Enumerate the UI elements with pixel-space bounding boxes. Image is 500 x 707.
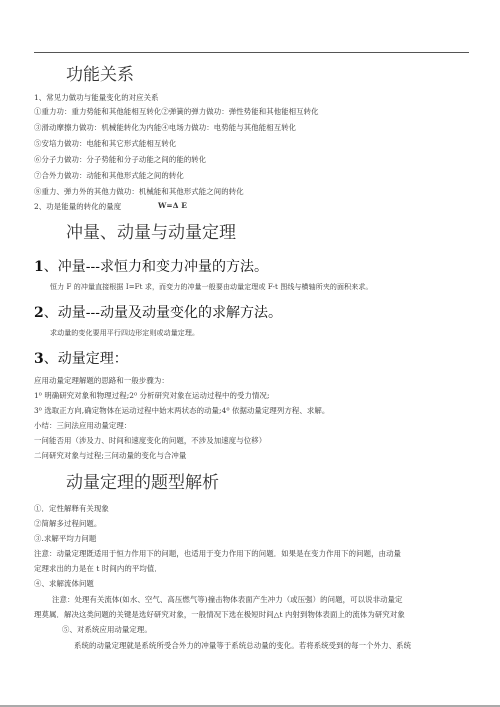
subheading-number: 3 (34, 351, 44, 367)
text-line: 应用动量定理解题的思路和一般步骤为： (34, 375, 169, 386)
text-line: 理莫属．解决这类问题的关键是选好研究对象，一般情况下选在极短时间△t 内射到物体… (34, 609, 405, 620)
subheading-number: 1 (34, 259, 44, 275)
subheading-text: 、动量---动量及动量变化的求解方法。 (44, 305, 282, 321)
item-heading: 1、常见力做功与能量变化的对应关系 (34, 92, 159, 103)
text-line: ⑧重力、弹力外的其他力做功：机械能和其他形式能之间的转化 (34, 186, 244, 197)
section-title-theorem-problems: 动量定理的题型解析 (66, 468, 219, 493)
text-line: 二问研究对象与过程;三问动量的变化与合冲量 (34, 450, 186, 461)
text-line: ③.求解平均力问题 (34, 533, 96, 544)
text-line: 定理求出的力是在 t 时间内的平均值． (34, 563, 162, 574)
text-line: ②简解多过程问题。 (34, 518, 101, 529)
text-line: 小结：三问法应用动量定理： (34, 420, 131, 431)
subheading-momentum: 2、动量---动量及动量变化的求解方法。 (34, 302, 282, 322)
subheading-number: 2 (34, 305, 44, 321)
text-line: 系统的动量定理就是系统所受合外力的冲量等于系统总动量的变化。若将系统受到的每一个… (74, 640, 411, 651)
subheading-text: 、动量定理： (44, 351, 128, 367)
body-text: 求动量的变化要用平行四边形定则或动量定理。 (50, 328, 199, 338)
text-line: ①．定性解释有关现象 (34, 503, 109, 514)
text-line: 1⁰ 明确研究对象和物理过程;2⁰ 分析研究对象在运动过程中的受力情况; (34, 390, 270, 401)
formula: W=Δ E (158, 201, 187, 210)
text-line: ④、求解流体问题 (34, 578, 94, 589)
body-text: 恒力 F 的冲量直接根据 I=Ft 求，而变力的冲量一般要由动量定理或 F-t … (50, 282, 373, 292)
header-rule (34, 52, 469, 53)
subheading-momentum-theorem: 3、动量定理： (34, 348, 128, 368)
text-line: ⑤、对系统应用动量定理。 (62, 624, 152, 635)
text-line: 一问能否用（涉及力、时间和速度变化的问题，不涉及加速度与位移） (34, 435, 266, 446)
text-line: 2、功是能量的转化的量度 (34, 201, 121, 212)
text-line: ③滑动摩擦力做功：机械能转化为内能④电场力做功：电势能与其他能相互转化 (34, 122, 296, 133)
text-line: 注意：处理有关流体(如水、空气、高压燃气等)撞击物体表面产生冲力（或压强）的问题… (52, 594, 403, 605)
text-line: 注意：动量定理既适用于恒力作用下的问题，也适用于变力作用下的问题．如果是在变力作… (34, 548, 401, 559)
text-line: ⑦合外力做功：动能和其他形式能之间的转化 (34, 170, 184, 181)
text-line: ⑤安培力做功：电能和其它形式能相互转化 (34, 138, 176, 149)
text-line: 3⁰ 选取正方向,确定物体在运动过程中始末两状态的动量;4⁰ 依据动量定理列方程… (34, 405, 329, 416)
text-line: ⑥分子力做功：分子势能和分子动能之间的能的转化 (34, 154, 206, 165)
section-title-energy-relations: 功能关系 (66, 60, 134, 85)
section-title-impulse-momentum: 冲量、动量与动量定理 (66, 218, 236, 243)
text-line: ①重力功：重力势能和其他能相互转化②弹簧的弹力做功：弹性势能和其他能相互转化 (34, 106, 319, 117)
subheading-text: 、冲量---求恒力和变力冲量的方法。 (44, 259, 268, 275)
subheading-impulse: 1、冲量---求恒力和变力冲量的方法。 (34, 256, 268, 276)
